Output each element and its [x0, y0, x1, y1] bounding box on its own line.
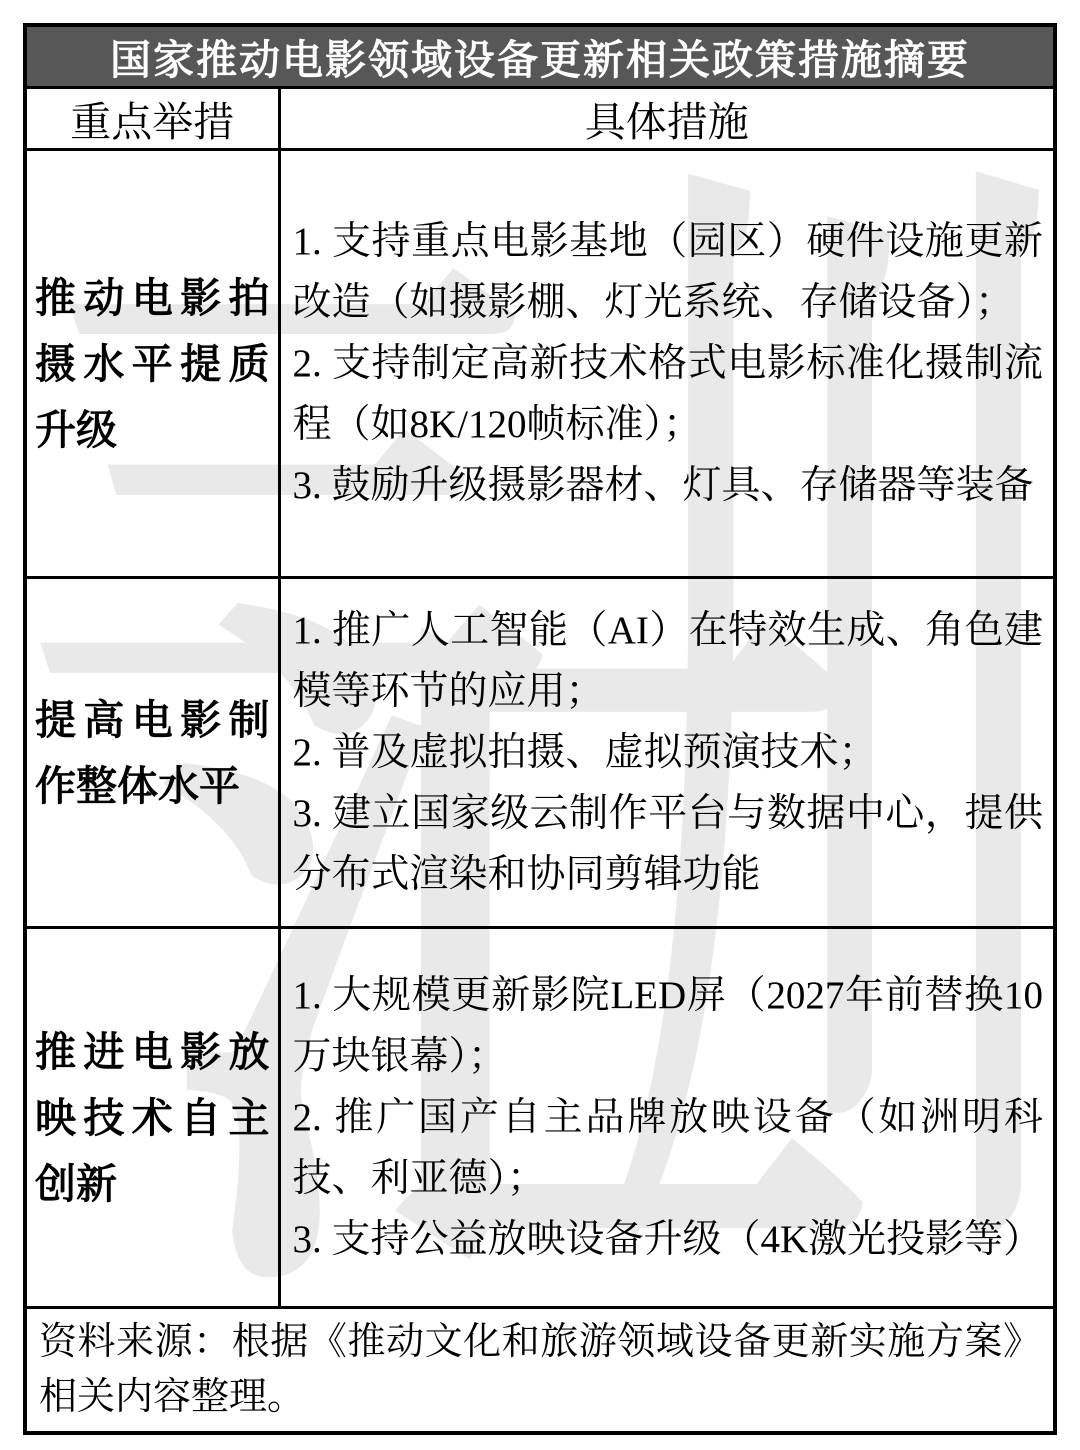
table-row-production-level: 提高电影制作整体水平 1. 推广人工智能（AI）在特效生成、角色建模等环节的应用… — [25, 578, 1055, 928]
policy-summary-page: 三 川 汇 国家推动电影领域设备更新相关政策措施摘要 重点举措 具体措施 推动电… — [0, 0, 1080, 1450]
measure-cell: 推动电影拍摄水平提质升级 — [25, 150, 279, 578]
table-title-row: 国家推动电影领域设备更新相关政策措施摘要 — [25, 25, 1055, 88]
detail-cell: 1. 大规模更新影院LED屏（2027年前替换10万块银幕）； 2. 推广国产自… — [279, 928, 1055, 1308]
detail-item: 1. 推广人工智能（AI）在特效生成、角色建模等环节的应用； — [293, 600, 1044, 722]
detail-item: 2. 推广国产自主品牌放映设备（如洲明科技、利亚德）； — [293, 1087, 1044, 1209]
table-title: 国家推动电影领域设备更新相关政策措施摘要 — [25, 25, 1055, 88]
detail-cell: 1. 推广人工智能（AI）在特效生成、角色建模等环节的应用； 2. 普及虚拟拍摄… — [279, 578, 1055, 928]
source-row: 资料来源：根据《推动文化和旅游领域设备更新实施方案》相关内容整理。 — [25, 1308, 1055, 1434]
table-row-filming-upgrade: 推动电影拍摄水平提质升级 1. 支持重点电影基地（园区）硬件设施更新改造（如摄影… — [25, 150, 1055, 578]
column-header-measures: 重点举措 — [25, 88, 279, 150]
measure-cell: 推进电影放映技术自主创新 — [25, 928, 279, 1308]
detail-item: 3. 支持公益放映设备升级（4K激光投影等） — [293, 1209, 1044, 1270]
detail-cell: 1. 支持重点电影基地（园区）硬件设施更新改造（如摄影棚、灯光系统、存储设备）；… — [279, 150, 1055, 578]
detail-item: 1. 支持重点电影基地（园区）硬件设施更新改造（如摄影棚、灯光系统、存储设备）； — [293, 211, 1044, 333]
column-header-row: 重点举措 具体措施 — [25, 88, 1055, 150]
detail-item: 1. 大规模更新影院LED屏（2027年前替换10万块银幕）； — [293, 965, 1044, 1087]
policy-table: 国家推动电影领域设备更新相关政策措施摘要 重点举措 具体措施 推动电影拍摄水平提… — [23, 23, 1057, 1435]
source-note: 资料来源：根据《推动文化和旅游领域设备更新实施方案》相关内容整理。 — [25, 1308, 1055, 1434]
detail-item: 2. 支持制定高新技术格式电影标准化摄制流程（如8K/120帧标准）； — [293, 333, 1044, 455]
detail-item: 2. 普及虚拟拍摄、虚拟预演技术； — [293, 722, 1044, 783]
measure-cell: 提高电影制作整体水平 — [25, 578, 279, 928]
table-row-projection-innovation: 推进电影放映技术自主创新 1. 大规模更新影院LED屏（2027年前替换10万块… — [25, 928, 1055, 1308]
column-header-details: 具体措施 — [279, 88, 1055, 150]
detail-item: 3. 建立国家级云制作平台与数据中心，提供分布式渲染和协同剪辑功能 — [293, 783, 1044, 905]
detail-item: 3. 鼓励升级摄影器材、灯具、存储器等装备 — [293, 455, 1044, 516]
